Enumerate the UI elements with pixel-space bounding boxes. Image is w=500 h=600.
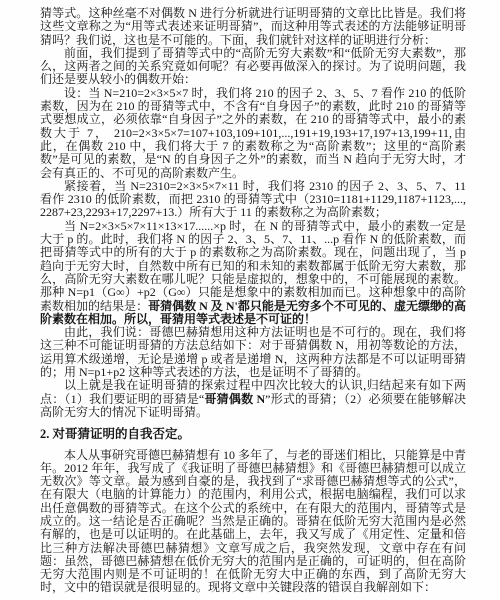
paragraph: 设：当 N=210=2×3×5×7 时，我们将 210 的因子 2、3、5、7 … — [40, 87, 466, 180]
text-run: 由此，我们说：哥德巴赫猜想用这种方法证明也是不可行的。现在，我们将这三种不可能证… — [40, 325, 466, 379]
paragraph: 由此，我们说：哥德巴赫猜想用这种方法证明也是不可行的。现在，我们将这三种不可能证… — [40, 326, 466, 379]
document-page: 猜等式。这种丝毫不对偶数 N 进行分析就进行证明哥猜的文章比比皆是。我们将这些文… — [0, 0, 500, 600]
text-run: 设：当 N=210=2×3×5×7 时，我们将 210 的因子 2、3、5、7 … — [40, 86, 466, 180]
section-1-body: 猜等式。这种丝毫不对偶数 N 进行分析就进行证明哥猜的文章比比皆是。我们将这些文… — [40, 7, 466, 419]
paragraph: 猜等式。这种丝毫不对偶数 N 进行分析就进行证明哥猜的文章比比皆是。我们将这些文… — [40, 7, 466, 47]
paragraph: 以上就是我在证明哥猜的探索过程中四次比较大的认识,归结起来有如下两点：（1）我们… — [40, 379, 466, 419]
paragraph: 当 N=2×3×5×7×11×13×17......×p 时，在 N 的哥猜等式… — [40, 220, 466, 326]
emphasized-text-run: 哥猜偶数 N — [204, 392, 265, 406]
text-run: 紧接着，当 N=2310=2×3×5×7×11 时，我们将 2310 的因子 2… — [40, 179, 466, 220]
section-2-body: 本人从事研究哥德巴赫猜想有 10 多年了，与老的哥迷们相比，只能算是中青年。20… — [40, 449, 466, 595]
section-2-heading: 2. 对哥猜证明的自我否定。 — [40, 428, 466, 441]
text-run: 本人从事研究哥德巴赫猜想有 10 多年了，与老的哥迷们相比，只能算是中青年。20… — [40, 448, 466, 595]
text-run: 猜等式。这种丝毫不对偶数 N 进行分析就进行证明哥猜的文章比比皆是。我们将这些文… — [40, 6, 466, 47]
paragraph: 前面，我们提到了哥猜等式中的“高阶无穷大素数”和“低阶无穷大素数”，那么，这两者… — [40, 47, 466, 87]
paragraph: 紧接着，当 N=2310=2×3×5×7×11 时，我们将 2310 的因子 2… — [40, 180, 466, 220]
text-run: 前面，我们提到了哥猜等式中的“高阶无穷大素数”和“低阶无穷大素数”，那么，这两者… — [40, 46, 466, 87]
paragraph: 本人从事研究哥德巴赫猜想有 10 多年了，与老的哥迷们相比，只能算是中青年。20… — [40, 449, 466, 595]
